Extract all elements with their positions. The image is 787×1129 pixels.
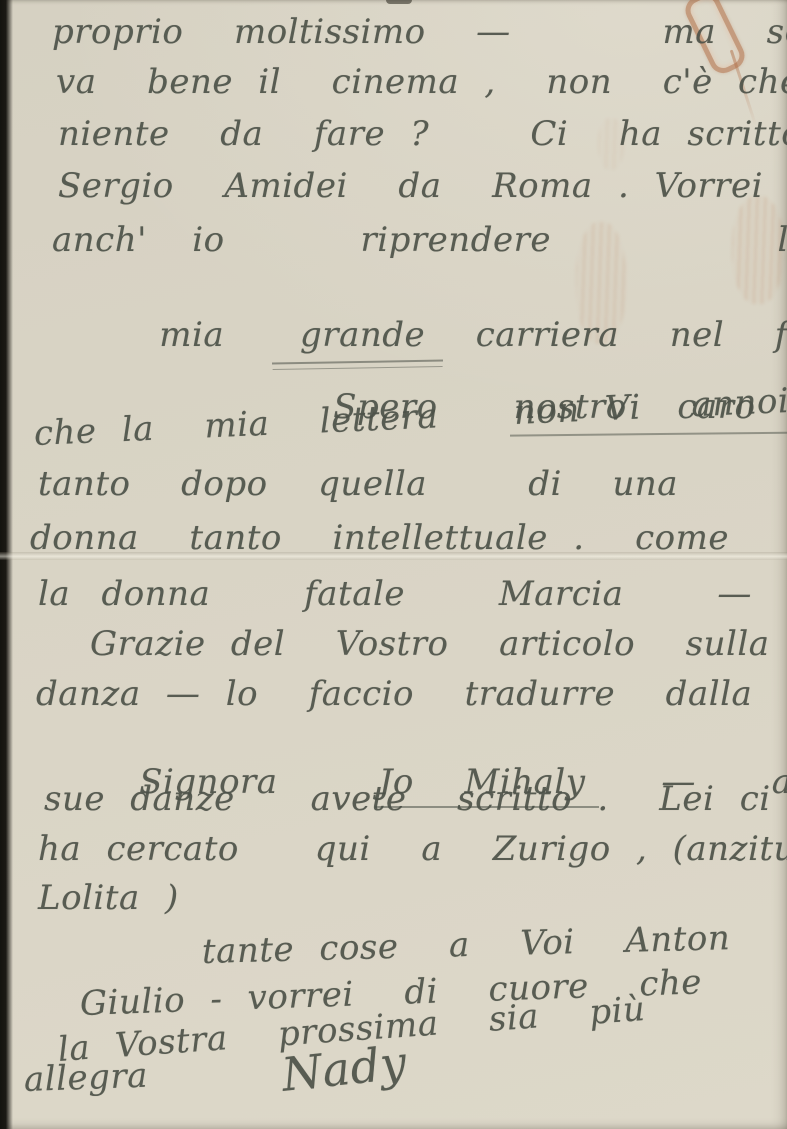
letter-line: donna tanto intellettuale . come [30, 520, 729, 557]
letter-line: ha cercato qui a Zurigo , (anzitutto [38, 831, 787, 868]
letter-line: anch' io riprendere la [52, 222, 787, 259]
letter-line: la donna fatale Marcia — [38, 576, 752, 613]
scan-edge-nick [386, 0, 412, 4]
underlined-word: grande [300, 315, 425, 355]
scan-edge [0, 0, 13, 1129]
letter-line: danza — lo faccio tradurre dalla [36, 676, 752, 713]
letter-line: va bene il cinema , non c'è che [56, 64, 787, 101]
letter-line: Sergio Amidei da Roma . Vorrei [58, 168, 763, 205]
letter-line: proprio moltissimo — ma se [52, 14, 787, 51]
letter-photo: proprio moltissimo — ma se va bene il ci… [0, 0, 787, 1129]
letter-line: Lolita ) [38, 880, 179, 917]
line-text: mia [159, 315, 300, 355]
letter-line: niente da fare ? Ci ha scritto [58, 116, 787, 153]
line-text: carriera nel film . [425, 315, 787, 355]
letter-line: sue danze avete scritto . Lei ci [44, 781, 771, 818]
letter-line: Grazie del Vostro articolo sulla [90, 626, 770, 663]
letter-line: tanto dopo quella di una [38, 466, 678, 503]
letter-line: allegra [23, 1058, 148, 1100]
